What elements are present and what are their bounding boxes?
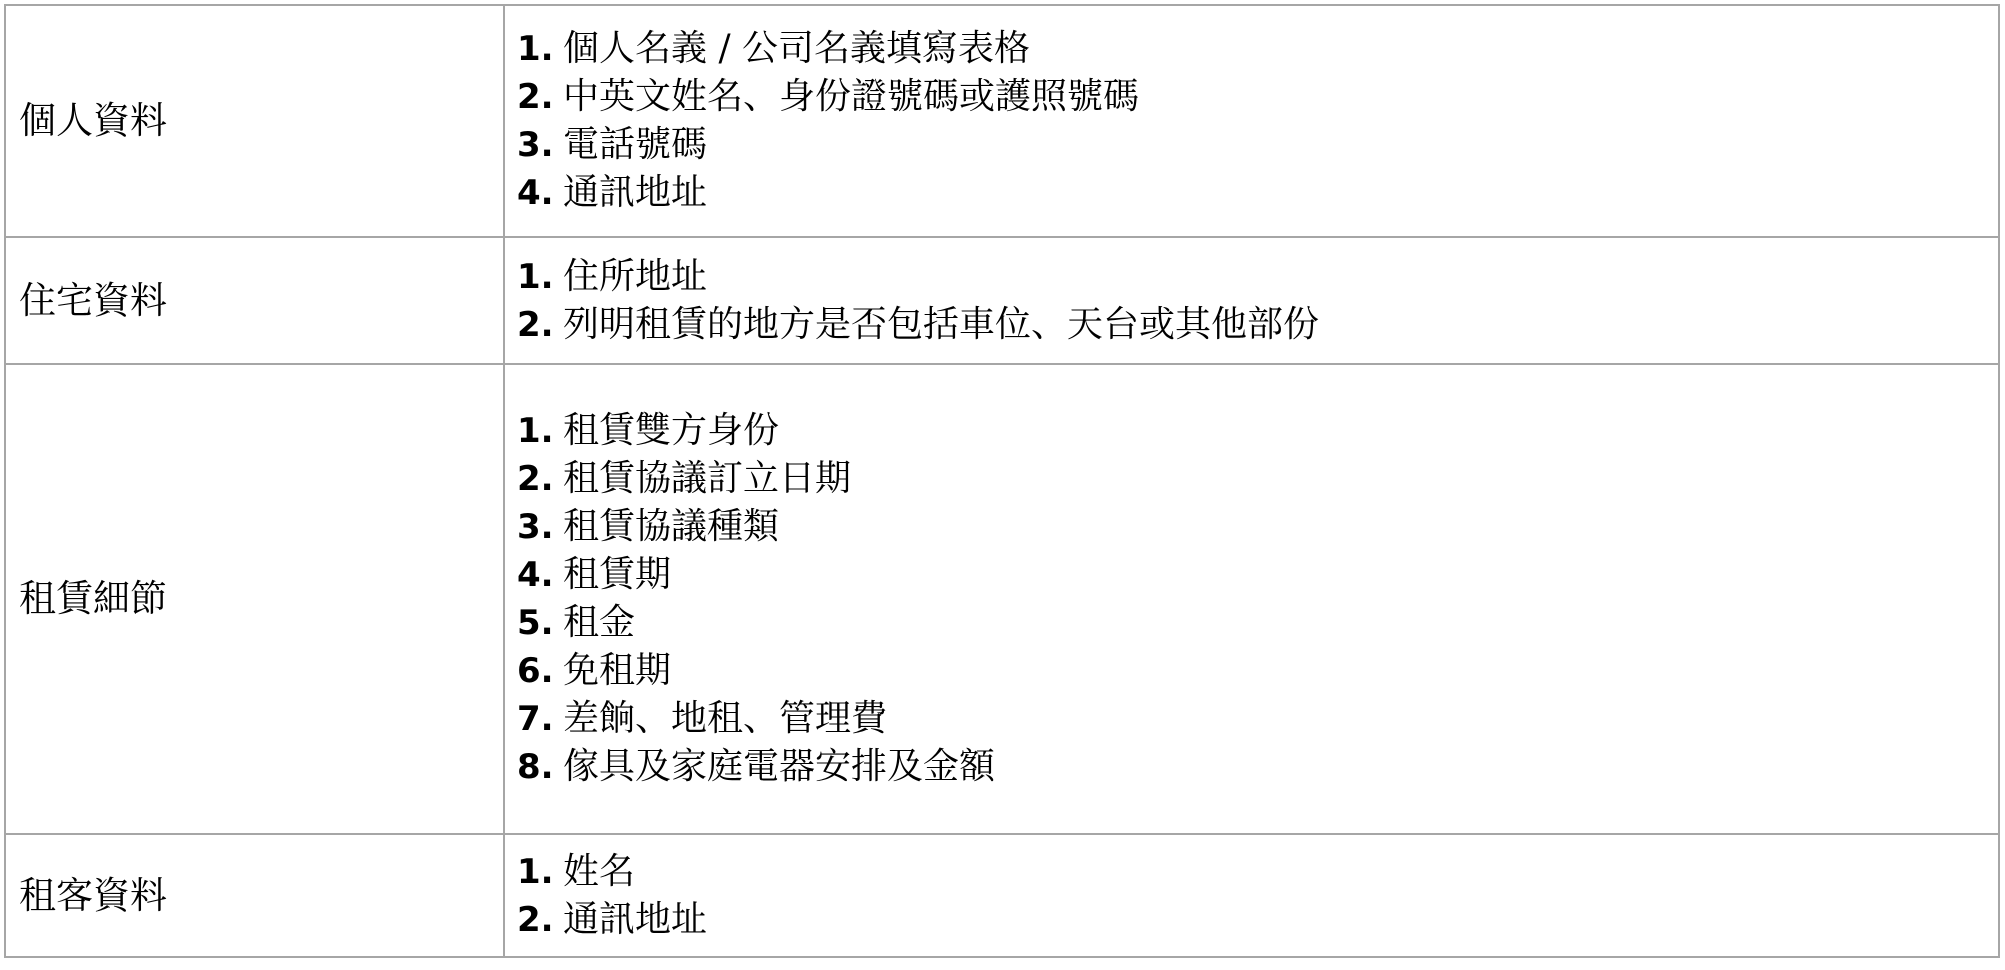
list-item-text: 租金 <box>563 602 635 643</box>
list-item: 2.列明租賃的地方是否包括車位、天台或其他部份 <box>517 301 1997 349</box>
list-item-text: 租賃期 <box>563 554 671 595</box>
list-item-text: 通訊地址 <box>563 172 707 213</box>
list-item: 8.傢具及家庭電器安排及金額 <box>517 743 1997 791</box>
list-item-number: 3. <box>517 503 563 551</box>
list-item-number: 1. <box>517 253 563 301</box>
table-row: 個人資料 1.個人名義 / 公司名義填寫表格 2.中英文姓名、身份證號碼或護照號… <box>5 5 1999 237</box>
list-item-number: 3. <box>517 121 563 169</box>
list-item-text: 中英文姓名、身份證號碼或護照號碼 <box>563 76 1139 117</box>
list-item-number: 6. <box>517 647 563 695</box>
list-item-number: 2. <box>517 896 563 944</box>
list-item: 5.租金 <box>517 599 1997 647</box>
category-label: 租客資料 <box>19 874 167 917</box>
list-item-number: 5. <box>517 599 563 647</box>
list-item: 1.租賃雙方身份 <box>517 407 1997 455</box>
list-item: 7.差餉、地租、管理費 <box>517 695 1997 743</box>
list-item-text: 通訊地址 <box>563 899 707 940</box>
category-label: 住宅資料 <box>19 279 167 322</box>
list-item-number: 8. <box>517 743 563 791</box>
list-item-text: 租賃協議訂立日期 <box>563 458 851 499</box>
list-item-number: 4. <box>517 169 563 217</box>
list-item-number: 1. <box>517 25 563 73</box>
list-item-text: 傢具及家庭電器安排及金額 <box>563 746 995 787</box>
category-cell: 租賃細節 <box>5 364 504 834</box>
category-label: 租賃細節 <box>19 577 167 620</box>
table-row: 租賃細節 1.租賃雙方身份 2.租賃協議訂立日期 3.租賃協議種類 4.租賃期 … <box>5 364 1999 834</box>
list-item: 1.個人名義 / 公司名義填寫表格 <box>517 25 1997 73</box>
list-item-text: 個人名義 / 公司名義填寫表格 <box>563 28 1030 69</box>
list-item-text: 姓名 <box>563 851 635 892</box>
list-item-text: 免租期 <box>563 650 671 691</box>
list-item: 3.租賃協議種類 <box>517 503 1997 551</box>
list-item-number: 7. <box>517 695 563 743</box>
list-item-text: 電話號碼 <box>563 124 707 165</box>
details-cell: 1.住所地址 2.列明租賃的地方是否包括車位、天台或其他部份 <box>504 237 1999 364</box>
category-cell: 個人資料 <box>5 5 504 237</box>
list-item-number: 2. <box>517 455 563 503</box>
table-row: 住宅資料 1.住所地址 2.列明租賃的地方是否包括車位、天台或其他部份 <box>5 237 1999 364</box>
list-item: 2.租賃協議訂立日期 <box>517 455 1997 503</box>
list-item-number: 1. <box>517 848 563 896</box>
list-item: 1.住所地址 <box>517 253 1997 301</box>
details-cell: 1.租賃雙方身份 2.租賃協議訂立日期 3.租賃協議種類 4.租賃期 5.租金 … <box>504 364 1999 834</box>
details-cell: 1.個人名義 / 公司名義填寫表格 2.中英文姓名、身份證號碼或護照號碼 3.電… <box>504 5 1999 237</box>
list-item-number: 1. <box>517 407 563 455</box>
list-item-text: 列明租賃的地方是否包括車位、天台或其他部份 <box>563 304 1319 345</box>
list-item-number: 2. <box>517 301 563 349</box>
list-item: 4.租賃期 <box>517 551 1997 599</box>
list-item: 4.通訊地址 <box>517 169 1997 217</box>
list-item: 6.免租期 <box>517 647 1997 695</box>
info-table: 個人資料 1.個人名義 / 公司名義填寫表格 2.中英文姓名、身份證號碼或護照號… <box>4 4 2000 958</box>
category-cell: 租客資料 <box>5 834 504 957</box>
list-item-text: 住所地址 <box>563 256 707 297</box>
list-item: 1.姓名 <box>517 848 1997 896</box>
list-item-text: 租賃雙方身份 <box>563 410 779 451</box>
table-row: 租客資料 1.姓名 2.通訊地址 <box>5 834 1999 957</box>
list-item-number: 4. <box>517 551 563 599</box>
list-item: 2.中英文姓名、身份證號碼或護照號碼 <box>517 73 1997 121</box>
list-item-number: 2. <box>517 73 563 121</box>
category-cell: 住宅資料 <box>5 237 504 364</box>
list-item-text: 租賃協議種類 <box>563 506 779 547</box>
details-cell: 1.姓名 2.通訊地址 <box>504 834 1999 957</box>
list-item: 3.電話號碼 <box>517 121 1997 169</box>
list-item-text: 差餉、地租、管理費 <box>563 698 887 739</box>
category-label: 個人資料 <box>19 99 167 142</box>
list-item: 2.通訊地址 <box>517 896 1997 944</box>
